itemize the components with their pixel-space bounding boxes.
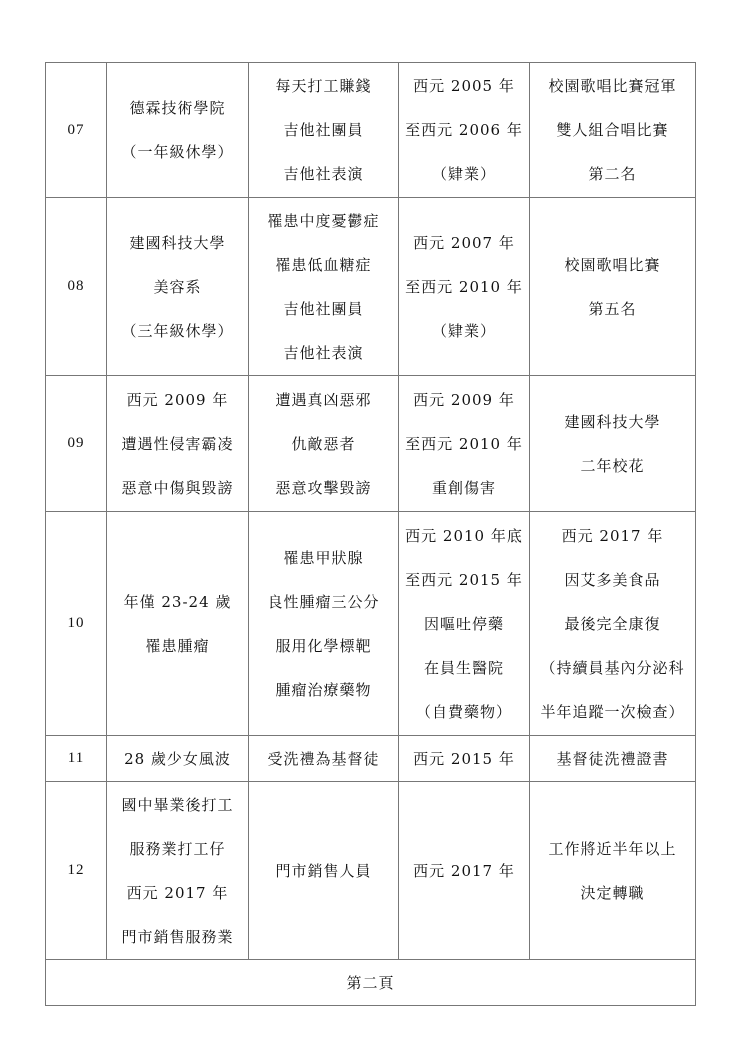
- cell-line: 決定轉職: [580, 871, 644, 915]
- cell-line: 門市銷售服務業: [121, 915, 233, 959]
- cell-line: 吉他社表演: [283, 152, 363, 196]
- cell-line: 二年校花: [580, 444, 644, 488]
- cell-line: （肄業）: [432, 152, 496, 196]
- period-cell: 西元 2010 年底 至西元 2015 年 因嘔吐停藥 在員生醫院 （自費藥物）: [399, 512, 530, 736]
- cell-line: 吉他社團員: [283, 287, 363, 331]
- period-cell: 西元 2017 年: [399, 782, 530, 960]
- period-cell: 西元 2005 年 至西元 2006 年 （肄業）: [399, 63, 530, 198]
- cell-line: 罹患甲狀腺: [283, 536, 363, 580]
- cell-line: 年僅 23-24 歲: [124, 580, 232, 624]
- school-cell: 28 歲少女風波: [107, 736, 249, 782]
- row-number: 08: [46, 198, 107, 376]
- cell-line: 西元 2017 年: [562, 514, 664, 558]
- cell-line: （肄業）: [432, 309, 496, 353]
- cell-line: 建國科技大學: [564, 400, 660, 444]
- cell-line: 受洗禮為基督徒: [267, 737, 379, 781]
- cell-line: 重創傷害: [432, 466, 496, 510]
- cell-line: 工作將近半年以上: [548, 827, 676, 871]
- activity-cell: 罹患中度憂鬱症 罹患低血糖症 吉他社團員 吉他社表演: [249, 198, 399, 376]
- activity-cell: 遭遇真凶惡邪 仇敵惡者 惡意攻擊毀謗: [249, 376, 399, 512]
- row-number: 09: [46, 376, 107, 512]
- row-number: 11: [46, 736, 107, 782]
- school-cell: 德霖技術學院 （一年級休學）: [107, 63, 249, 198]
- record-table: 07 德霖技術學院 （一年級休學） 每天打工賺錢 吉他社團員 吉他社表演 西元 …: [45, 62, 696, 1006]
- cell-line: 至西元 2010 年: [405, 265, 523, 309]
- school-cell: 年僅 23-24 歲 罹患腫瘤: [107, 512, 249, 736]
- row-number: 12: [46, 782, 107, 960]
- school-cell: 西元 2009 年 遭遇性侵害霸凌 惡意中傷與毀謗: [107, 376, 249, 512]
- cell-line: 西元 2007 年: [413, 221, 515, 265]
- cell-line: 因嘔吐停藥: [424, 602, 504, 646]
- activity-cell: 受洗禮為基督徒: [249, 736, 399, 782]
- table-row: 09 西元 2009 年 遭遇性侵害霸凌 惡意中傷與毀謗 遭遇真凶惡邪 仇敵惡者…: [46, 376, 696, 512]
- row-number: 10: [46, 512, 107, 736]
- cell-line: 校園歌唱比賽: [564, 243, 660, 287]
- result-cell: 校園歌唱比賽 第五名: [530, 198, 696, 376]
- school-cell: 建國科技大學 美容系 （三年級休學）: [107, 198, 249, 376]
- cell-line: （一年級休學）: [121, 130, 233, 174]
- result-cell: 西元 2017 年 因艾多美食品 最後完全康復 （持續員基內分泌科 半年追蹤一次…: [530, 512, 696, 736]
- cell-line: 西元 2010 年底: [405, 514, 523, 558]
- result-cell: 建國科技大學 二年校花: [530, 376, 696, 512]
- cell-line: 美容系: [153, 265, 201, 309]
- table-row: 11 28 歲少女風波 受洗禮為基督徒 西元 2015 年 基督徒洗禮證書: [46, 736, 696, 782]
- cell-line: 西元 2017 年: [127, 871, 229, 915]
- cell-line: 至西元 2006 年: [405, 108, 523, 152]
- page-label: 第二頁: [46, 960, 696, 1006]
- cell-line: 罹患腫瘤: [145, 624, 209, 668]
- cell-line: （持續員基內分泌科: [540, 646, 684, 690]
- cell-line: 西元 2005 年: [413, 64, 515, 108]
- cell-line: 惡意中傷與毀謗: [121, 466, 233, 510]
- table-row: 10 年僅 23-24 歲 罹患腫瘤 罹患甲狀腺 良性腫瘤三公分 服用化學標靶 …: [46, 512, 696, 736]
- cell-line: 校園歌唱比賽冠軍: [548, 64, 676, 108]
- cell-line: 仇敵惡者: [291, 422, 355, 466]
- cell-line: 德霖技術學院: [129, 86, 225, 130]
- cell-line: 雙人組合唱比賽: [556, 108, 668, 152]
- cell-line: （三年級休學）: [121, 309, 233, 353]
- result-cell: 校園歌唱比賽冠軍 雙人組合唱比賽 第二名: [530, 63, 696, 198]
- row-number: 07: [46, 63, 107, 198]
- cell-line: 至西元 2010 年: [405, 422, 523, 466]
- cell-line: 吉他社團員: [283, 108, 363, 152]
- period-cell: 西元 2009 年 至西元 2010 年 重創傷害: [399, 376, 530, 512]
- cell-line: （自費藥物）: [416, 690, 512, 734]
- cell-line: 最後完全康復: [564, 602, 660, 646]
- activity-cell: 罹患甲狀腺 良性腫瘤三公分 服用化學標靶 腫瘤治療藥物: [249, 512, 399, 736]
- activity-cell: 門市銷售人員: [249, 782, 399, 960]
- cell-line: 服務業打工仔: [129, 827, 225, 871]
- cell-line: 良性腫瘤三公分: [267, 580, 379, 624]
- cell-line: 第五名: [588, 287, 636, 331]
- footer-row: 第二頁: [46, 960, 696, 1006]
- period-cell: 西元 2007 年 至西元 2010 年 （肄業）: [399, 198, 530, 376]
- cell-line: 西元 2009 年: [413, 378, 515, 422]
- cell-line: 建國科技大學: [129, 221, 225, 265]
- cell-line: 基督徒洗禮證書: [556, 737, 668, 781]
- cell-line: 國中畢業後打工: [121, 783, 233, 827]
- cell-line: 吉他社表演: [283, 331, 363, 375]
- cell-line: 因艾多美食品: [564, 558, 660, 602]
- cell-line: 半年追蹤一次檢查）: [540, 690, 684, 734]
- cell-line: 西元 2017 年: [413, 849, 515, 893]
- cell-line: 28 歲少女風波: [124, 737, 231, 781]
- cell-line: 罹患中度憂鬱症: [267, 199, 379, 243]
- cell-line: 在員生醫院: [424, 646, 504, 690]
- activity-cell: 每天打工賺錢 吉他社團員 吉他社表演: [249, 63, 399, 198]
- cell-line: 第二名: [588, 152, 636, 196]
- cell-line: 腫瘤治療藥物: [275, 668, 371, 712]
- cell-line: 門市銷售人員: [275, 849, 371, 893]
- cell-line: 至西元 2015 年: [405, 558, 523, 602]
- cell-line: 遭遇性侵害霸凌: [121, 422, 233, 466]
- cell-line: 服用化學標靶: [275, 624, 371, 668]
- cell-line: 罹患低血糖症: [275, 243, 371, 287]
- cell-line: 遭遇真凶惡邪: [275, 378, 371, 422]
- cell-line: 西元 2009 年: [127, 378, 229, 422]
- result-cell: 工作將近半年以上 決定轉職: [530, 782, 696, 960]
- table-row: 07 德霖技術學院 （一年級休學） 每天打工賺錢 吉他社團員 吉他社表演 西元 …: [46, 63, 696, 198]
- cell-line: 西元 2015 年: [413, 737, 515, 781]
- result-cell: 基督徒洗禮證書: [530, 736, 696, 782]
- cell-line: 每天打工賺錢: [275, 64, 371, 108]
- school-cell: 國中畢業後打工 服務業打工仔 西元 2017 年 門市銷售服務業: [107, 782, 249, 960]
- cell-line: 惡意攻擊毀謗: [275, 466, 371, 510]
- table-row: 08 建國科技大學 美容系 （三年級休學） 罹患中度憂鬱症 罹患低血糖症 吉他社…: [46, 198, 696, 376]
- table-row: 12 國中畢業後打工 服務業打工仔 西元 2017 年 門市銷售服務業 門市銷售…: [46, 782, 696, 960]
- period-cell: 西元 2015 年: [399, 736, 530, 782]
